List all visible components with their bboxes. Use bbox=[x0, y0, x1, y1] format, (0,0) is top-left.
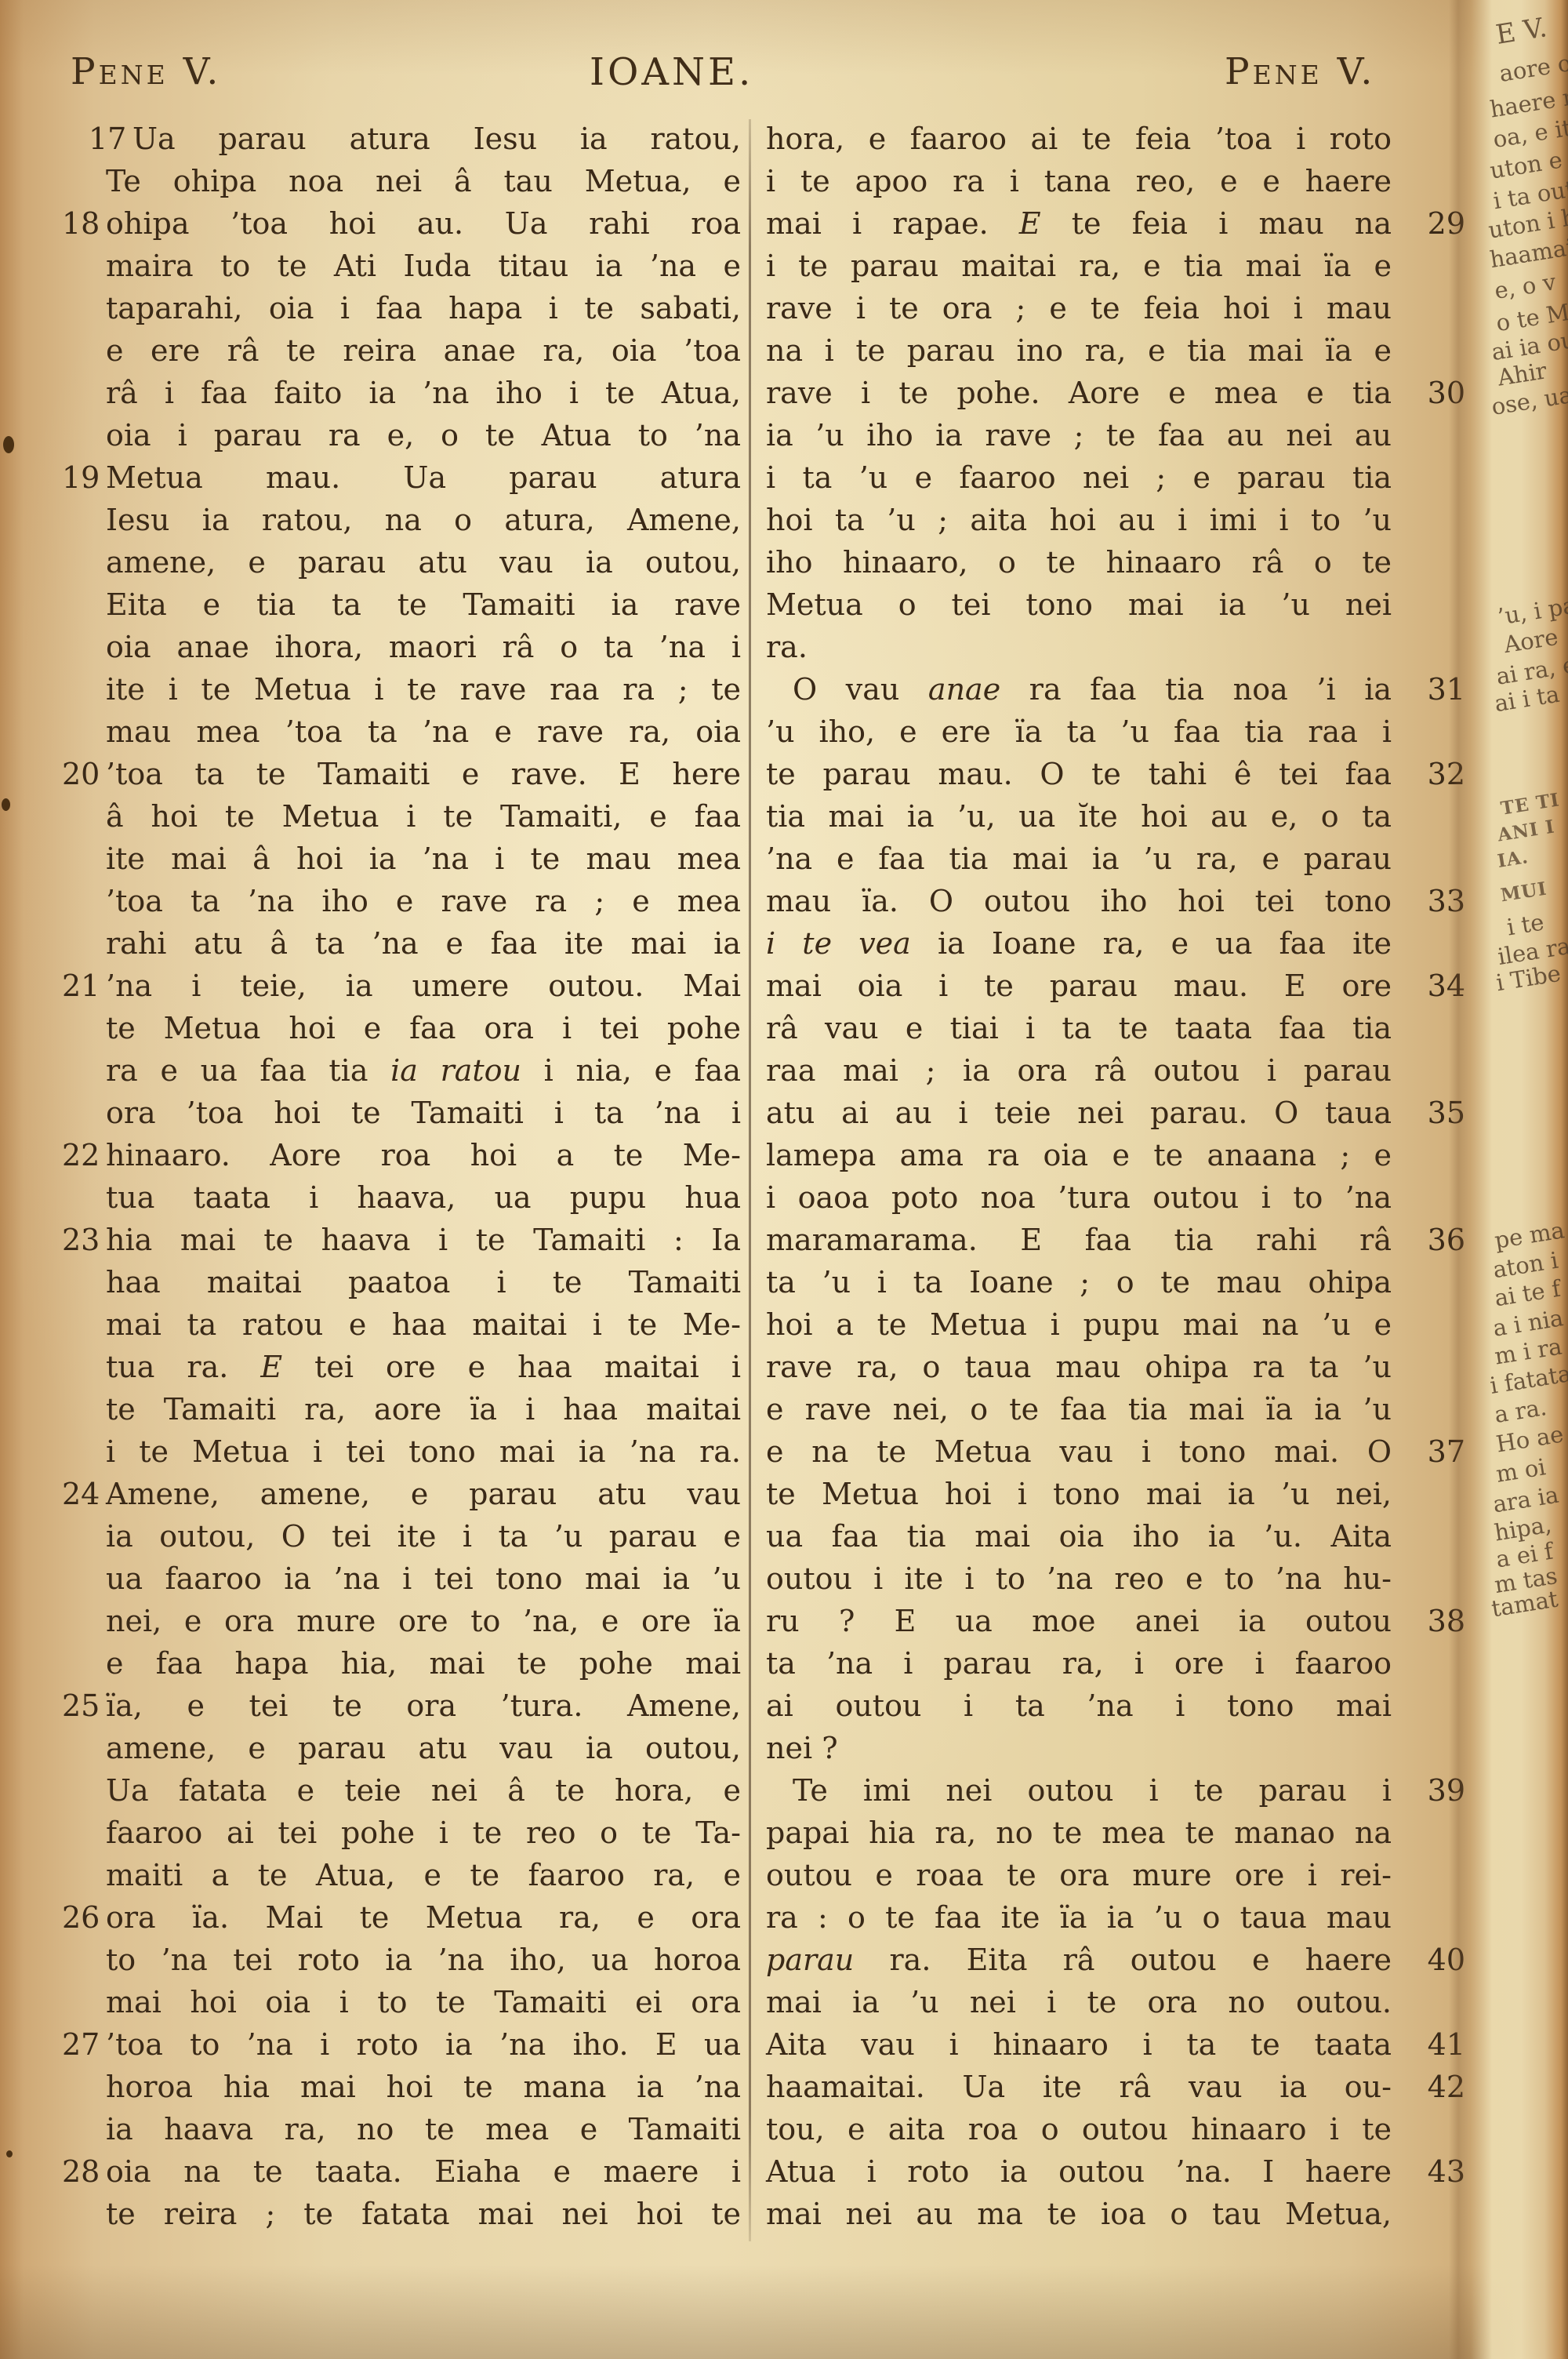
bleed-through-text: aore o bbox=[1497, 49, 1568, 87]
text-line: horoa hia mai hoi te mana ia ’na bbox=[106, 2066, 741, 2108]
text-line: mai hoi oia i to te Tamaiti ei ora bbox=[106, 1981, 741, 2023]
text-line: i oaoa poto noa ’tura outou i to ’na bbox=[766, 1176, 1392, 1219]
text-line: 36maramarama. E faa tia rahi râ bbox=[766, 1219, 1392, 1261]
text-line: 31O vau anae ra faa tia noa ’i ia bbox=[766, 668, 1392, 711]
bleed-through-text: i te bbox=[1505, 909, 1546, 941]
text-line: 28oia na te taata. Eiaha e maere i bbox=[106, 2150, 741, 2193]
verse-text: mai ta ratou e haa maitai i te Me- bbox=[106, 1307, 741, 1342]
verse-text: mai ia ’u nei i te ora no outou. bbox=[766, 1985, 1392, 2019]
verse-text: i ta ’u e faaroo nei ; e parau tia bbox=[766, 460, 1392, 495]
verse-number: 22 bbox=[62, 1134, 100, 1176]
verse-text: rahi atu â ta ’na e faa ite mai ia bbox=[106, 926, 741, 961]
text-line: 26ora ïa. Mai te Metua ra, e ora bbox=[106, 1896, 741, 1939]
verse-text: ra faa tia noa ’i ia bbox=[1000, 672, 1392, 707]
text-line: ta ’u i ta Ioane ; o te mau ohipa bbox=[766, 1261, 1392, 1303]
verse-text: papai hia ra, no te mea te manao na bbox=[766, 1816, 1392, 1850]
text-line: i te vea ia Ioane ra, e ua faa ite bbox=[766, 922, 1392, 965]
text-line: amene, e parau atu vau ia outou, bbox=[106, 1727, 741, 1769]
italic-text: ia ratou bbox=[390, 1053, 521, 1088]
text-line: 24Amene, amene, e parau atu vau bbox=[106, 1473, 741, 1515]
text-line: 17Ua parau atura Iesu ia ratou, bbox=[106, 118, 741, 160]
verse-text: amene, e parau atu vau ia outou, bbox=[106, 1731, 741, 1765]
text-line: rave i te ora ; e te feia hoi i mau bbox=[766, 287, 1392, 329]
verse-number: 28 bbox=[62, 2150, 100, 2193]
text-line: taparahi, oia i faa hapa i te sabati, bbox=[106, 287, 741, 329]
verse-text: ’toa ta ’na iho e rave ra ; e mea bbox=[106, 884, 741, 918]
verse-text: Metua mau. Ua parau atura bbox=[106, 460, 741, 495]
text-line: ta ’na i parau ra, i ore i faaroo bbox=[766, 1642, 1392, 1685]
text-line: te Metua hoi i tono mai ia ’u nei, bbox=[766, 1473, 1392, 1515]
verse-text: hora, e faaroo ai te feia ’toa i roto bbox=[766, 122, 1392, 156]
text-line: e rave nei, o te faa tia mai ïa ia ’u bbox=[766, 1388, 1392, 1430]
text-line: ai outou i ta ’na i tono mai bbox=[766, 1685, 1392, 1727]
verse-text: te reira ; te fatata mai nei hoi te bbox=[106, 2197, 741, 2231]
verse-text: e faa hapa hia, mai te pohe mai bbox=[106, 1646, 741, 1681]
verse-number: 27 bbox=[62, 2023, 100, 2066]
verse-text: raa mai ; ia ora râ outou i parau bbox=[766, 1053, 1392, 1088]
verse-text: mau ïa. O outou iho hoi tei tono bbox=[766, 884, 1392, 918]
text-line: ora ’toa hoi te Tamaiti i ta ’na i bbox=[106, 1092, 741, 1134]
text-line: ra. bbox=[766, 626, 1392, 668]
text-line: maira to te Ati Iuda titau ia ’na e bbox=[106, 245, 741, 287]
text-line: nei ? bbox=[766, 1727, 1392, 1769]
verse-text: ru ? E ua moe anei ia outou bbox=[766, 1604, 1392, 1638]
verse-text: amene, e parau atu vau ia outou, bbox=[106, 545, 741, 580]
text-line: 40parau ra. Eita râ outou e haere bbox=[766, 1939, 1392, 1981]
text-line: 39Te imi nei outou i te parau i bbox=[766, 1769, 1392, 1812]
verse-text: ’na e faa tia mai ia ’u ra, e parau bbox=[766, 841, 1392, 876]
verse-text: tua taata i haava, ua pupu hua bbox=[106, 1180, 741, 1215]
text-line: ite mai â hoi ia ’na i te mau mea bbox=[106, 838, 741, 880]
verse-text: ra. Eita râ outou e haere bbox=[854, 1943, 1392, 1977]
text-line: lamepa ama ra oia e te anaana ; e bbox=[766, 1134, 1392, 1176]
text-line: na i te parau ino ra, e tia mai ïa e bbox=[766, 329, 1392, 372]
text-line: 42haamaitai. Ua ite râ vau ia ou- bbox=[766, 2066, 1392, 2108]
verse-text: rave i te ora ; e te feia hoi i mau bbox=[766, 291, 1392, 325]
verse-text: ta ’u i ta Ioane ; o te mau ohipa bbox=[766, 1265, 1392, 1299]
text-line: hoi a te Metua i pupu mai na ’u e bbox=[766, 1303, 1392, 1346]
verse-text: Ua parau atura Iesu ia ratou, bbox=[132, 122, 741, 156]
column-divider-rule bbox=[749, 119, 751, 2241]
verse-text: faaroo ai tei pohe i te reo o te Ta- bbox=[106, 1816, 741, 1850]
text-line: tou, e aita roa o outou hinaaro i te bbox=[766, 2108, 1392, 2150]
verse-text: ia outou, O tei ite i ta ’u parau e bbox=[106, 1519, 741, 1554]
text-line: ia ’u iho ia rave ; te faa au nei au bbox=[766, 414, 1392, 456]
verse-text: te Metua hoi i tono mai ia ’u nei, bbox=[766, 1477, 1392, 1511]
verse-text: ite i te Metua i te rave raa ra ; te bbox=[106, 672, 741, 707]
verse-text: ite mai â hoi ia ’na i te mau mea bbox=[106, 841, 741, 876]
verse-number: 19 bbox=[62, 456, 100, 499]
verse-text: ’toa to ’na i roto ia ’na iho. E ua bbox=[106, 2027, 741, 2062]
text-line: 38ru ? E ua moe anei ia outou bbox=[766, 1600, 1392, 1642]
text-line: ua faaroo ia ’na i tei tono mai ia ’u bbox=[106, 1558, 741, 1600]
bleed-through-text: ’u, i pa bbox=[1496, 591, 1568, 630]
text-line: oia i parau ra e, o te Atua to ’na bbox=[106, 414, 741, 456]
verse-text: haamaitai. Ua ite râ vau ia ou- bbox=[766, 2070, 1392, 2104]
verse-number: 25 bbox=[62, 1685, 100, 1727]
text-line: te reira ; te fatata mai nei hoi te bbox=[106, 2193, 741, 2235]
verse-text: ua faaroo ia ’na i tei tono mai ia ’u bbox=[106, 1561, 741, 1596]
verse-text: O vau bbox=[793, 672, 928, 707]
verse-text: Ua fatata e teie nei â te hora, e bbox=[106, 1773, 741, 1808]
text-line: 19Metua mau. Ua parau atura bbox=[106, 456, 741, 499]
verse-text: rave i te pohe. Aore e mea e tia bbox=[766, 376, 1392, 410]
text-line: 20’toa ta te Tamaiti e rave. E here bbox=[106, 753, 741, 795]
verse-text: ta ’na i parau ra, i ore i faaroo bbox=[766, 1646, 1392, 1681]
text-line: 18ohipa ’toa hoi au. Ua rahi roa bbox=[106, 202, 741, 245]
verse-text: te feia i mau na bbox=[1041, 206, 1392, 241]
text-line: râ vau e tiai i ta te taata faa tia bbox=[766, 1007, 1392, 1049]
verse-text: mai oia i te parau mau. E ore bbox=[766, 969, 1392, 1003]
verse-number: 23 bbox=[62, 1219, 100, 1261]
text-line: Metua o tei tono mai ia ’u nei bbox=[766, 583, 1392, 626]
verse-text: rave ra, o taua mau ohipa ra ta ’u bbox=[766, 1350, 1392, 1384]
verse-text: te parau mau. O te tahi ê tei faa bbox=[766, 757, 1392, 791]
verse-text: i nia, e faa bbox=[521, 1053, 741, 1088]
text-line: outou i ite i to ’na reo e to ’na hu- bbox=[766, 1558, 1392, 1600]
text-line: râ i faa faito ia ’na iho i te Atua, bbox=[106, 372, 741, 414]
verse-text: mai i rapae. bbox=[766, 206, 1019, 241]
italic-text: i te vea bbox=[766, 926, 911, 961]
bleed-through-text: ANI I bbox=[1496, 816, 1556, 845]
text-line: 25ïa, e tei te ora ’tura. Amene, bbox=[106, 1685, 741, 1727]
text-line: raa mai ; ia ora râ outou i parau bbox=[766, 1049, 1392, 1092]
verse-text: râ vau e tiai i ta te taata faa tia bbox=[766, 1011, 1392, 1045]
bleed-through-text: TE TI bbox=[1499, 789, 1561, 819]
bleed-through-text: m oi bbox=[1494, 1453, 1548, 1488]
text-line: 23hia mai te haava i te Tamaiti : Ia bbox=[106, 1219, 741, 1261]
verse-text: te Tamaiti ra, aore ïa i haa maitai bbox=[106, 1392, 741, 1427]
text-line: Iesu ia ratou, na o atura, Amene, bbox=[106, 499, 741, 541]
verse-text: i te parau maitai ra, e tia mai ïa e bbox=[766, 249, 1392, 283]
verse-number: 24 bbox=[62, 1473, 100, 1515]
bleed-through-text: MUI bbox=[1499, 878, 1548, 907]
verse-text: oia i parau ra e, o te Atua to ’na bbox=[106, 418, 741, 453]
text-line: tia mai ia ’u, ua ĭte hoi au e, o ta bbox=[766, 795, 1392, 838]
text-line: i te Metua i tei tono mai ia ’na ra. bbox=[106, 1430, 741, 1473]
text-line: ra : o te faa ite ïa ia ’u o taua mau bbox=[766, 1896, 1392, 1939]
verse-text: râ i faa faito ia ’na iho i te Atua, bbox=[106, 376, 741, 410]
text-line: ’na e faa tia mai ia ’u ra, e parau bbox=[766, 838, 1392, 880]
text-line: ’u iho, e ere ïa ta ’u faa tia raa i bbox=[766, 711, 1392, 753]
next-page-edge: E V.aore ohaere maoa, e iteuton e fi ta … bbox=[1449, 0, 1568, 2359]
running-head-book-title: IOANE. bbox=[590, 50, 753, 94]
verse-text: to ’na tei roto ia ’na iho, ua horoa bbox=[106, 1943, 741, 1977]
text-line: oia anae ihora, maori râ o ta ’na i bbox=[106, 626, 741, 668]
verse-text: hoi a te Metua i pupu mai na ’u e bbox=[766, 1307, 1392, 1342]
text-line: papai hia ra, no te mea te manao na bbox=[766, 1812, 1392, 1854]
text-line: rave ra, o taua mau ohipa ra ta ’u bbox=[766, 1346, 1392, 1388]
verse-text: na i te parau ino ra, e tia mai ïa e bbox=[766, 333, 1392, 368]
text-line: te Tamaiti ra, aore ïa i haa maitai bbox=[106, 1388, 741, 1430]
text-line: outou e roaa te ora mure ore i rei- bbox=[766, 1854, 1392, 1896]
ink-speck bbox=[2, 798, 10, 811]
text-line: 30rave i te pohe. Aore e mea e tia bbox=[766, 372, 1392, 414]
text-line: ua faa tia mai oia iho ia ’u. Aita bbox=[766, 1515, 1392, 1558]
verse-text: i oaoa poto noa ’tura outou i to ’na bbox=[766, 1180, 1392, 1215]
verse-text: Te imi nei outou i te parau i bbox=[793, 1773, 1392, 1808]
verse-text: ra e ua faa tia bbox=[106, 1053, 390, 1088]
bleed-through-text: E V. bbox=[1494, 12, 1549, 51]
bleed-through-text: e, o v bbox=[1493, 268, 1558, 304]
verse-text: maira to te Ati Iuda titau ia ’na e bbox=[106, 249, 741, 283]
left-text-column: 17Ua parau atura Iesu ia ratou,Te ohipa … bbox=[106, 118, 741, 2235]
text-line: â hoi te Metua i te Tamaiti, e faa bbox=[106, 795, 741, 838]
right-text-column: hora, e faaroo ai te feia ’toa i rotoi t… bbox=[766, 118, 1392, 2235]
text-line: ia haava ra, no te mea e Tamaiti bbox=[106, 2108, 741, 2150]
text-line: mai ta ratou e haa maitai i te Me- bbox=[106, 1303, 741, 1346]
verse-text: tia mai ia ’u, ua ĭte hoi au e, o ta bbox=[766, 799, 1392, 834]
text-line: 37e na te Metua vau i tono mai. O bbox=[766, 1430, 1392, 1473]
text-line: nei, e ora mure ore to ’na, e ore ïa bbox=[106, 1600, 741, 1642]
text-line: maiti a te Atua, e te faaroo ra, e bbox=[106, 1854, 741, 1896]
verse-text: nei ? bbox=[766, 1731, 838, 1765]
text-line: haa maitai paatoa i te Tamaiti bbox=[106, 1261, 741, 1303]
verse-text: outou e roaa te ora mure ore i rei- bbox=[766, 1858, 1392, 1892]
italic-text: parau bbox=[766, 1943, 854, 1977]
verse-text: tou, e aita roa o outou hinaaro i te bbox=[766, 2112, 1392, 2146]
verse-text: mai nei au ma te ioa o tau Metua, bbox=[766, 2197, 1392, 2231]
ink-speck bbox=[6, 2150, 13, 2157]
italic-text: anae bbox=[928, 672, 1000, 707]
italic-text: E bbox=[260, 1350, 282, 1384]
verse-text: Aita vau i hinaaro i ta te taata bbox=[766, 2027, 1392, 2062]
verse-number: 26 bbox=[62, 1896, 100, 1939]
text-line: 22hinaaro. Aore roa hoi a te Me- bbox=[106, 1134, 741, 1176]
text-line: 33mau ïa. O outou iho hoi tei tono bbox=[766, 880, 1392, 922]
verse-text: hoi ta ’u ; aita hoi au i imi i to ’u bbox=[766, 503, 1392, 537]
verse-text: maramarama. E faa tia rahi râ bbox=[766, 1223, 1392, 1257]
text-line: Eita e tia ta te Tamaiti ia rave bbox=[106, 583, 741, 626]
verse-number: 21 bbox=[62, 965, 100, 1007]
text-line: 34mai oia i te parau mau. E ore bbox=[766, 965, 1392, 1007]
italic-text: E bbox=[1019, 206, 1041, 241]
text-line: i ta ’u e faaroo nei ; e parau tia bbox=[766, 456, 1392, 499]
verse-text: ra. bbox=[766, 630, 808, 664]
text-line: i te parau maitai ra, e tia mai ïa e bbox=[766, 245, 1392, 287]
verse-number: 17 bbox=[62, 118, 126, 160]
text-line: iho hinaaro, o te hinaaro râ o te bbox=[766, 541, 1392, 583]
text-line: mai ia ’u nei i te ora no outou. bbox=[766, 1981, 1392, 2023]
text-line: ’toa ta ’na iho e rave ra ; e mea bbox=[106, 880, 741, 922]
verse-text: tua ra. bbox=[106, 1350, 260, 1384]
verse-text: iho hinaaro, o te hinaaro râ o te bbox=[766, 545, 1392, 580]
verse-text: oia anae ihora, maori râ o ta ’na i bbox=[106, 630, 741, 664]
text-line: hoi ta ’u ; aita hoi au i imi i to ’u bbox=[766, 499, 1392, 541]
verse-text: lamepa ama ra oia e te anaana ; e bbox=[766, 1138, 1392, 1172]
verse-text: ia haava ra, no te mea e Tamaiti bbox=[106, 2112, 741, 2146]
bleed-through-text: IA. bbox=[1496, 846, 1530, 872]
text-line: 35atu ai au i teie nei parau. O taua bbox=[766, 1092, 1392, 1134]
verse-text: ua faa tia mai oia iho ia ’u. Aita bbox=[766, 1519, 1392, 1554]
verse-text: ra : o te faa ite ïa ia ’u o taua mau bbox=[766, 1900, 1392, 1935]
verse-text: ïa, e tei te ora ’tura. Amene, bbox=[106, 1688, 741, 1723]
text-line: 43Atua i roto ia outou ’na. I haere bbox=[766, 2150, 1392, 2193]
text-line: mau mea ’toa ta ’na e rave ra, oia bbox=[106, 711, 741, 753]
verse-text: tei ore e haa maitai i bbox=[282, 1350, 741, 1384]
verse-text: horoa hia mai hoi te mana ia ’na bbox=[106, 2070, 741, 2104]
text-line: ite i te Metua i te rave raa ra ; te bbox=[106, 668, 741, 711]
text-line: 27’toa to ’na i roto ia ’na iho. E ua bbox=[106, 2023, 741, 2066]
text-line: i te apoo ra i tana reo, e e haere bbox=[766, 160, 1392, 202]
verse-text: outou i ite i to ’na reo e to ’na hu- bbox=[766, 1561, 1392, 1596]
verse-text: ai outou i ta ’na i tono mai bbox=[766, 1688, 1392, 1723]
running-head-chapter-left: Pene V. bbox=[71, 50, 221, 93]
verse-text: oia na te taata. Eiaha e maere i bbox=[106, 2154, 741, 2189]
verse-text: e ere râ te reira anae ra, oia ’toa bbox=[106, 333, 741, 368]
text-line: mai nei au ma te ioa o tau Metua, bbox=[766, 2193, 1392, 2235]
verse-text: â hoi te Metua i te Tamaiti, e faa bbox=[106, 799, 741, 834]
verse-number: 20 bbox=[62, 753, 100, 795]
verse-text: ohipa ’toa hoi au. Ua rahi roa bbox=[106, 206, 741, 241]
verse-text: mau mea ’toa ta ’na e rave ra, oia bbox=[106, 714, 741, 749]
verse-text: ora ïa. Mai te Metua ra, e ora bbox=[106, 1900, 741, 1935]
verse-text: ora ’toa hoi te Tamaiti i ta ’na i bbox=[106, 1096, 741, 1130]
text-line: 41Aita vau i hinaaro i ta te taata bbox=[766, 2023, 1392, 2066]
verse-text: mai hoi oia i to te Tamaiti ei ora bbox=[106, 1985, 741, 2019]
text-line: amene, e parau atu vau ia outou, bbox=[106, 541, 741, 583]
verse-text: ia ’u iho ia rave ; te faa au nei au bbox=[766, 418, 1392, 453]
text-line: te Metua hoi e faa ora i tei pohe bbox=[106, 1007, 741, 1049]
verse-text: Metua o tei tono mai ia ’u nei bbox=[766, 587, 1392, 622]
verse-text: Atua i roto ia outou ’na. I haere bbox=[766, 2154, 1392, 2189]
verse-text: taparahi, oia i faa hapa i te sabati, bbox=[106, 291, 741, 325]
text-line: e ere râ te reira anae ra, oia ’toa bbox=[106, 329, 741, 372]
text-line: Ua fatata e teie nei â te hora, e bbox=[106, 1769, 741, 1812]
verse-text: ’toa ta te Tamaiti e rave. E here bbox=[106, 757, 741, 791]
verse-text: atu ai au i teie nei parau. O taua bbox=[766, 1096, 1392, 1130]
text-line: rahi atu â ta ’na e faa ite mai ia bbox=[106, 922, 741, 965]
text-line: e faa hapa hia, mai te pohe mai bbox=[106, 1642, 741, 1685]
verse-text: hinaaro. Aore roa hoi a te Me- bbox=[106, 1138, 741, 1172]
verse-number: 18 bbox=[62, 202, 100, 245]
verse-text: maiti a te Atua, e te faaroo ra, e bbox=[106, 1858, 741, 1892]
verse-text: e rave nei, o te faa tia mai ïa ia ’u bbox=[766, 1392, 1392, 1427]
text-line: 21’na i teie, ia umere outou. Mai bbox=[106, 965, 741, 1007]
scanned-book-page: Pene V. IOANE. Pene V. 17Ua parau atura … bbox=[0, 0, 1568, 2359]
verse-text: Te ohipa noa nei â tau Metua, e bbox=[106, 164, 741, 198]
text-line: to ’na tei roto ia ’na iho, ua horoa bbox=[106, 1939, 741, 1981]
verse-text: Eita e tia ta te Tamaiti ia rave bbox=[106, 587, 741, 622]
bleed-through-text: a ra. bbox=[1493, 1394, 1548, 1428]
verse-text: ’u iho, e ere ïa ta ’u faa tia raa i bbox=[766, 714, 1392, 749]
text-line: ra e ua faa tia ia ratou i nia, e faa bbox=[106, 1049, 741, 1092]
verse-text: ’na i teie, ia umere outou. Mai bbox=[106, 969, 741, 1003]
text-line: faaroo ai tei pohe i te reo o te Ta- bbox=[106, 1812, 741, 1854]
text-line: 29mai i rapae. E te feia i mau na bbox=[766, 202, 1392, 245]
ink-speck bbox=[3, 436, 14, 453]
verse-text: e na te Metua vau i tono mai. O bbox=[766, 1434, 1392, 1469]
text-line: tua taata i haava, ua pupu hua bbox=[106, 1176, 741, 1219]
verse-text: i te Metua i tei tono mai ia ’na ra. bbox=[106, 1434, 741, 1469]
verse-text: Iesu ia ratou, na o atura, Amene, bbox=[106, 503, 741, 537]
verse-text: haa maitai paatoa i te Tamaiti bbox=[106, 1265, 741, 1299]
verse-text: i te apoo ra i tana reo, e e haere bbox=[766, 164, 1392, 198]
verse-text: nei, e ora mure ore to ’na, e ore ïa bbox=[106, 1604, 741, 1638]
text-line: 32te parau mau. O te tahi ê tei faa bbox=[766, 753, 1392, 795]
text-line: hora, e faaroo ai te feia ’toa i roto bbox=[766, 118, 1392, 160]
text-line: tua ra. E tei ore e haa maitai i bbox=[106, 1346, 741, 1388]
verse-text: te Metua hoi e faa ora i tei pohe bbox=[106, 1011, 741, 1045]
text-line: ia outou, O tei ite i ta ’u parau e bbox=[106, 1515, 741, 1558]
verse-text: hia mai te haava i te Tamaiti : Ia bbox=[106, 1223, 741, 1257]
verse-text: Amene, amene, e parau atu vau bbox=[106, 1477, 741, 1511]
verse-text: ia Ioane ra, e ua faa ite bbox=[911, 926, 1392, 961]
text-line: Te ohipa noa nei â tau Metua, e bbox=[106, 160, 741, 202]
running-head-chapter-right: Pene V. bbox=[1225, 50, 1375, 93]
